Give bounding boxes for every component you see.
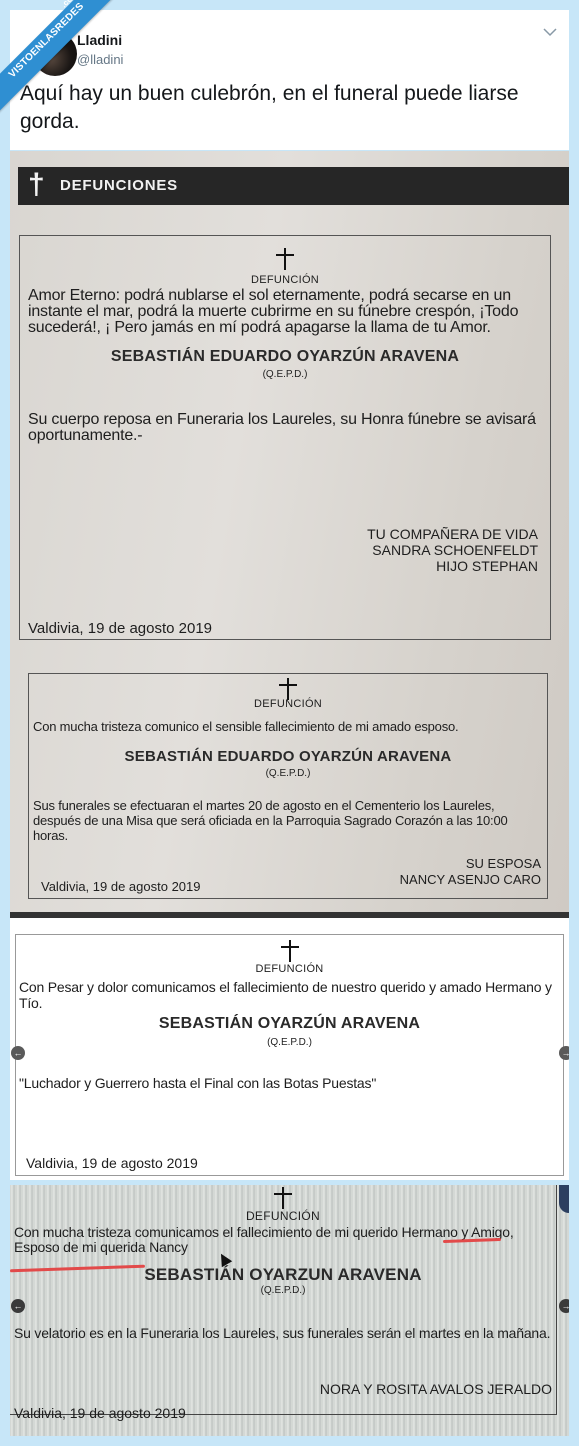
obituary-notice: DEFUNCIÓN Amor Eterno: podrá nublarse el… [19, 235, 551, 640]
notice-label: DEFUNCIÓN [16, 963, 563, 975]
notice-date: Valdivia, 19 de agosto 2019 [14, 1405, 186, 1421]
cross-icon: † [28, 170, 45, 200]
deceased-name: SEBASTIÁN OYARZÚN ARAVENA [16, 1015, 563, 1033]
notice-label: DEFUNCIÓN [29, 698, 547, 710]
notice-body: Su cuerpo reposa en Funeraria los Laurel… [28, 412, 548, 444]
notice-intro: Con Pesar y dolor comunicamos el falleci… [19, 979, 559, 1011]
notice-intro: Con mucha tristeza comunico el sensible … [33, 719, 543, 735]
signer-line: HIJO STEPHAN [367, 558, 538, 574]
signer-line: NORA Y ROSITA AVALOS JERALDO [320, 1381, 552, 1397]
corner-decoration [559, 1185, 569, 1213]
notice-signers: TU COMPAÑERA DE VIDA SANDRA SCHOENFELDT … [367, 526, 538, 574]
notice-body: "Luchador y Guerrero hasta el Final con … [19, 1075, 559, 1091]
notice-body: Su velatorio es en la Funeraria los Laur… [14, 1325, 554, 1341]
media-image-1[interactable]: † DEFUNCIONES DEFUNCIÓN Amor Eterno: pod… [10, 151, 569, 918]
notice-date: Valdivia, 19 de agosto 2019 [28, 620, 212, 637]
deceased-name: SEBASTIÁN EDUARDO OYARZÚN ARAVENA [29, 748, 547, 765]
cross-icon [281, 940, 299, 962]
notice-label: DEFUNCIÓN [20, 274, 550, 286]
obituary-notice: DEFUNCIÓN Con mucha tristeza comunicamos… [10, 1185, 557, 1415]
notice-body: Sus funerales se efectuaran el martes 20… [33, 798, 543, 843]
notice-intro: Amor Eterno: podrá nublarse el sol etern… [28, 288, 528, 336]
prev-arrow-button[interactable]: ← [11, 1299, 25, 1313]
signer-line: SANDRA SCHOENFELDT [367, 542, 538, 558]
media-image-2[interactable]: DEFUNCIÓN Con Pesar y dolor comunicamos … [10, 918, 569, 1180]
notice-label: DEFUNCIÓN [10, 1209, 556, 1223]
notice-date: Valdivia, 19 de agosto 2019 [26, 1155, 198, 1171]
cross-icon [279, 678, 297, 700]
qepd-text: (Q.E.P.D.) [10, 1285, 556, 1296]
chevron-down-icon[interactable] [543, 28, 557, 38]
next-arrow-button[interactable]: → [559, 1046, 569, 1060]
cross-icon [274, 1187, 292, 1209]
obituary-notice: DEFUNCIÓN Con mucha tristeza comunico el… [28, 673, 548, 899]
notice-signers: NORA Y ROSITA AVALOS JERALDO [320, 1381, 552, 1397]
deceased-name: SEBASTIÁN EDUARDO OYARZÚN ARAVENA [20, 348, 550, 366]
notice-date: Valdivia, 19 de agosto 2019 [41, 879, 201, 894]
section-title: DEFUNCIONES [60, 177, 178, 194]
qepd-text: (Q.E.P.D.) [16, 1037, 563, 1048]
next-arrow-button[interactable]: → [559, 1299, 569, 1313]
signer-line: TU COMPAÑERA DE VIDA [367, 526, 538, 542]
qepd-text: (Q.E.P.D.) [29, 768, 547, 779]
watermark-ribbon: VISTOENLASREDES .com [0, 0, 120, 119]
signer-line: NANCY ASENJO CARO [400, 872, 541, 888]
signer-line: SU ESPOSA [400, 856, 541, 872]
notice-signers: SU ESPOSA NANCY ASENJO CARO [400, 856, 541, 888]
prev-arrow-button[interactable]: ← [11, 1046, 25, 1060]
section-header: † DEFUNCIONES [18, 167, 569, 205]
watermark-badge: VISTOENLASREDES .com [0, 0, 120, 120]
media-image-3[interactable]: DEFUNCIÓN Con mucha tristeza comunicamos… [10, 1185, 569, 1436]
obituary-notice: DEFUNCIÓN Con Pesar y dolor comunicamos … [15, 934, 564, 1176]
qepd-text: (Q.E.P.D.) [20, 369, 550, 380]
cross-icon [276, 248, 294, 270]
watermark-text: VISTOENLASREDES [7, 1, 86, 80]
